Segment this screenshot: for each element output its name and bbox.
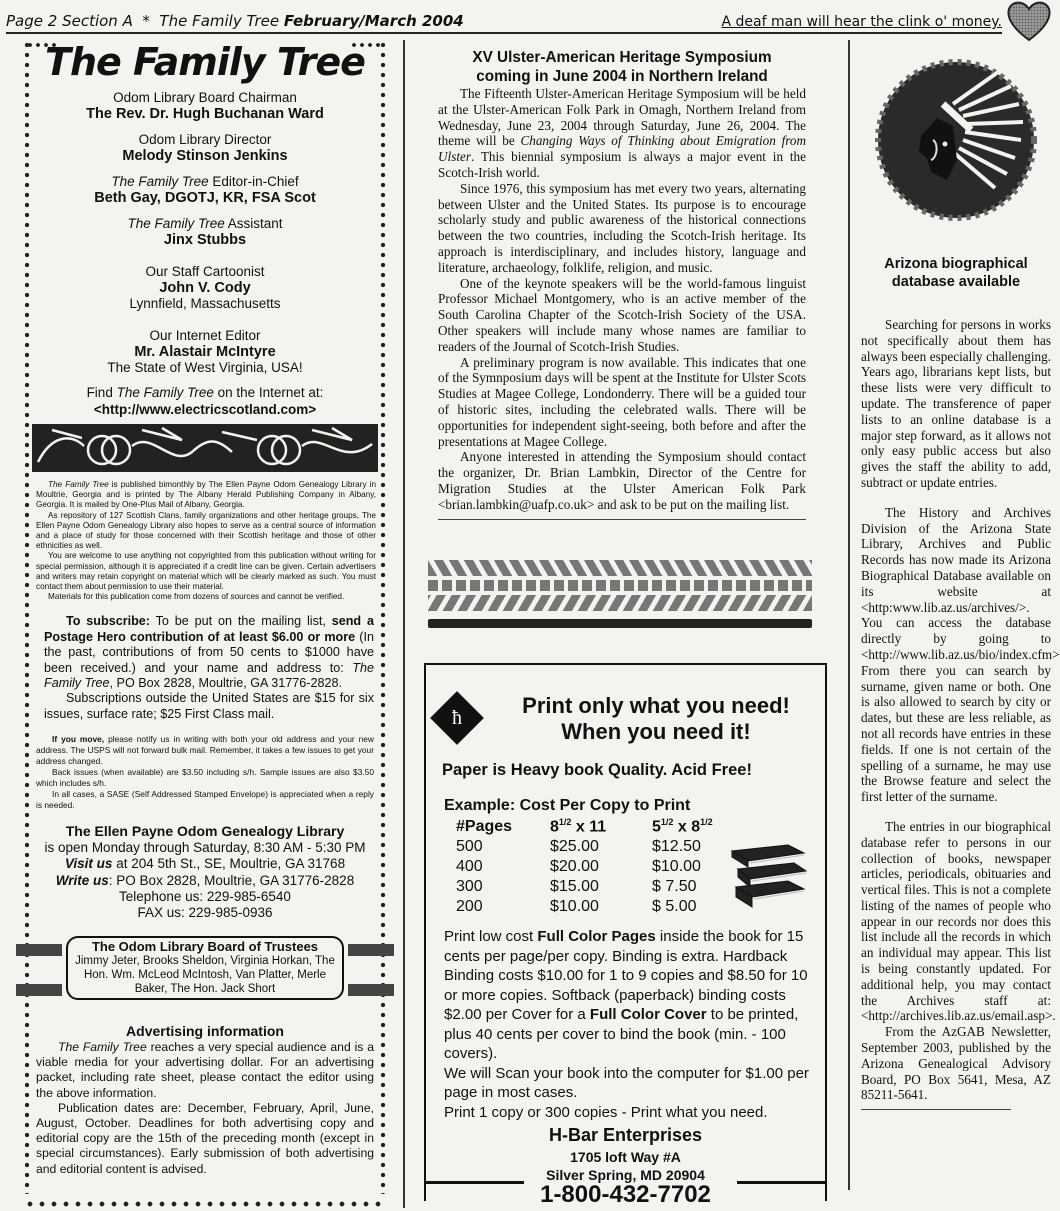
decorative-bar	[348, 944, 394, 956]
library-hours: is open Monday through Saturday, 8:30 AM…	[22, 840, 388, 856]
library-telephone: Telephone us: 229-985-6540	[22, 889, 388, 905]
decorative-bar	[16, 984, 62, 996]
staff-role: Odom Library Director	[22, 132, 388, 148]
ad-print: Print 1 copy or 300 copies - Print what …	[444, 1103, 824, 1123]
hbar-logo-icon: ħ	[430, 691, 484, 745]
article-body: Searching for persons in works not speci…	[861, 317, 1051, 1103]
repository-paragraph: As repository of 127 Scottish Clans, fam…	[36, 511, 376, 552]
company-phone: 1-800-432-7702	[426, 1183, 825, 1207]
publisher-paragraph: The Family Tree is published bimonthly b…	[36, 480, 376, 511]
dotted-border-left	[24, 40, 30, 1194]
publication-info: The Family Tree is published bimonthly b…	[22, 472, 388, 602]
library-write: Write us: PO Box 2828, Moultrie, GA 3177…	[22, 873, 388, 889]
sources-paragraph: Materials for this publication come from…	[36, 592, 376, 602]
ad-headline: Print only what you need! When you need …	[486, 693, 826, 745]
celtic-knot-border	[32, 424, 378, 472]
pub-title: The Family Tree	[159, 12, 279, 30]
copyright-paragraph: You are welcome to use anything not copy…	[36, 551, 376, 592]
library-visit: Visit us at 204 5th St., SE, Moultrie, G…	[22, 856, 388, 872]
hbar-advertisement: ħ Print only what you need! When you nee…	[424, 663, 827, 1201]
staff-role: Odom Library Board Chairman	[22, 90, 388, 106]
table-row: 200$10.00$ 5.00	[446, 897, 713, 917]
staff-name: Beth Gay, DGOTJ, KR, FSA Scot	[22, 190, 388, 206]
page-section: Page 2 Section A	[6, 12, 133, 30]
trustees-title: The Odom Library Board of Trustees	[72, 940, 338, 954]
decorative-bar	[16, 944, 62, 956]
ad-example: Example: Cost Per Copy to Print	[444, 797, 690, 815]
dotted-border-top-right	[350, 42, 384, 48]
table-row: 500$25.00$12.50	[446, 837, 713, 857]
table-row: 400$20.00$10.00	[446, 857, 713, 877]
ad-body: Print low cost Full Color Pages inside t…	[444, 927, 824, 1122]
back-issues: Back issues (when available) are $3.50 i…	[36, 767, 374, 789]
company-name: H-Bar Enterprises	[426, 1125, 825, 1146]
decorative-stripes	[428, 560, 812, 628]
arizona-article: Arizona biographical database available …	[861, 40, 1051, 1110]
staff-name: Melody Stinson Jenkins	[22, 148, 388, 164]
dotted-border-top-left	[26, 42, 60, 48]
heart-icon	[1006, 0, 1052, 42]
decorative-bar	[348, 984, 394, 996]
ad-paper-quality: Paper is Heavy book Quality. Acid Free!	[442, 761, 752, 780]
table-row: 300$15.00$ 7.50	[446, 877, 713, 897]
trustees-box: The Odom Library Board of Trustees Jimmy…	[66, 936, 344, 1000]
staff-location: The State of West Virginia, USA!	[22, 360, 388, 376]
sase-notice: In all cases, a SASE (Self Addressed Sta…	[36, 789, 374, 811]
library-fax: FAX us: 229-985-0936	[22, 905, 388, 921]
staff-role: The Family Tree Editor-in-Chief	[22, 174, 388, 190]
article-body: The Fifteenth Ulster-American Heritage S…	[438, 86, 806, 513]
staff-location: Lynnfield, Massachusetts	[22, 296, 388, 312]
advertising-info: Advertising information The Family Tree …	[22, 1020, 388, 1177]
issue-date: February/March 2004	[284, 12, 464, 30]
masthead-column: The Family Tree Odom Library Board Chair…	[22, 40, 388, 1208]
staff-name: Jinx Stubbs	[22, 232, 388, 248]
dotted-border-bottom	[24, 1200, 386, 1208]
trustees-section: The Odom Library Board of Trustees Jimmy…	[16, 930, 394, 1020]
library-info: The Ellen Payne Odom Genealogy Library i…	[22, 823, 388, 921]
dotted-border-right	[380, 40, 386, 1194]
article-rule	[438, 519, 806, 520]
subscribe-info: To subscribe: To be put on the mailing l…	[22, 602, 388, 722]
article-headline: Arizona biographical database available	[861, 255, 1051, 291]
column-divider	[848, 40, 850, 1190]
masthead-title: The Family Tree	[22, 40, 388, 86]
staff-name: The Rev. Dr. Hugh Buchanan Ward	[22, 106, 388, 122]
article-rule	[861, 1109, 1011, 1110]
ad-scan: We will Scan your book into the computer…	[444, 1064, 824, 1103]
staff-role: Our Internet Editor	[22, 328, 388, 344]
publication-dates: Publication dates are: December, Februar…	[36, 1101, 374, 1177]
page-header: Page 2 Section A * The Family Tree Febru…	[6, 4, 1002, 34]
symposium-article: XV Ulster-American Heritage Symposium co…	[438, 48, 806, 520]
staff-role: Our Staff Cartoonist	[22, 264, 388, 280]
proverb: A deaf man will hear the clink o' money.	[722, 14, 1003, 30]
native-chief-portrait-icon	[861, 40, 1051, 230]
column-divider	[403, 40, 405, 1208]
company-address-1: 1705 loft Way #A	[426, 1149, 825, 1165]
staff-name: John V. Cody	[22, 280, 388, 296]
advertising-title: Advertising information	[36, 1024, 374, 1039]
find-us: Find The Family Tree on the Internet at:…	[22, 384, 388, 418]
website-link[interactable]: <http://www.electricscotland.com>	[22, 401, 388, 418]
table-header: #Pages 81/2 x 11 51/2 x 81/2	[446, 817, 713, 837]
notices: If you move, please notify us in writing…	[22, 722, 388, 811]
books-icon	[728, 841, 808, 911]
trustees-members: Jimmy Jeter, Brooks Sheldon, Virginia Ho…	[72, 954, 338, 996]
library-name: The Ellen Payne Odom Genealogy Library	[22, 823, 388, 839]
staff-list: Odom Library Board Chairman The Rev. Dr.…	[22, 90, 388, 376]
price-table: #Pages 81/2 x 11 51/2 x 81/2 500$25.00$1…	[446, 817, 713, 917]
article-headline: XV Ulster-American Heritage Symposium co…	[438, 48, 806, 86]
page-info: Page 2 Section A * The Family Tree Febru…	[6, 12, 464, 30]
staff-role: The Family Tree Assistant	[22, 216, 388, 232]
staff-name: Mr. Alastair McIntyre	[22, 344, 388, 360]
separator: *	[142, 12, 150, 30]
foreign-subscriptions: Subscriptions outside the United States …	[44, 691, 374, 722]
